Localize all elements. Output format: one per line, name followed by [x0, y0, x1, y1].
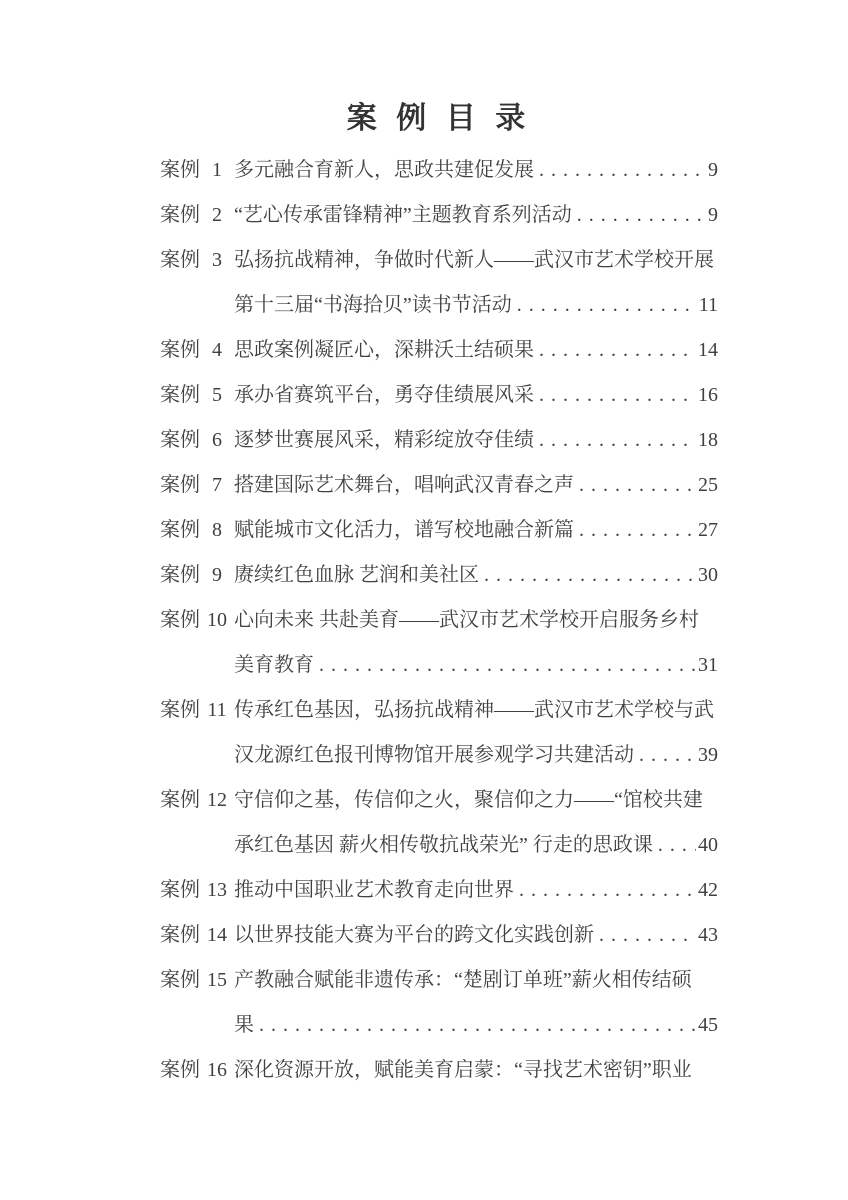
entry-title-text: 逐梦世赛展风采，精彩绽放夺佳绩	[234, 418, 534, 463]
entry-label-prefix: 案例	[160, 598, 200, 643]
entry-number: 7	[200, 463, 234, 508]
entry-number: 11	[200, 688, 234, 733]
entry-label-prefix: 案例	[160, 148, 200, 193]
dot-leader: ........................................…	[572, 193, 706, 238]
entry-label: 案例6	[160, 418, 234, 463]
entry-number: 3	[200, 238, 234, 283]
toc-entry-row: 案例12守信仰之基，传信仰之火，聚信仰之力——“馆校共建	[160, 778, 718, 823]
page-number: 14	[698, 328, 718, 373]
entry-number: 8	[200, 508, 234, 553]
entry-title-text: 以世界技能大赛为平台的跨文化实践创新	[234, 913, 594, 958]
entry-label-prefix: 案例	[160, 463, 200, 508]
dot-leader: ........................................…	[534, 418, 696, 463]
entry-title-text: 承办省赛筑平台，勇夺佳绩展风采	[234, 373, 534, 418]
entry-label-prefix: 案例	[160, 328, 200, 373]
page-number: 16	[698, 373, 718, 418]
toc-entry-row: 案例14以世界技能大赛为平台的跨文化实践创新..................…	[160, 913, 718, 958]
toc-entry-row: 案例2“艺心传承雷锋精神”主题教育系列活动...................…	[160, 193, 718, 238]
toc-entry-row: 案例7搭建国际艺术舞台，唱响武汉青春之声....................…	[160, 463, 718, 508]
entry-title-text: 承红色基因 薪火相传敬抗战荣光” 行走的思政课	[234, 823, 653, 868]
toc-continuation-row: 汉龙源红色报刊博物馆开展参观学习共建活动....................…	[160, 733, 718, 778]
entry-number: 5	[200, 373, 234, 418]
toc-entry-row: 案例16深化资源开放，赋能美育启蒙：“寻找艺术密钥”职业	[160, 1048, 718, 1093]
entry-number: 12	[200, 778, 234, 823]
entry-number: 9	[200, 553, 234, 598]
entry-label: 案例1	[160, 148, 234, 193]
toc-entry-row: 案例6逐梦世赛展风采，精彩绽放夺佳绩......................…	[160, 418, 718, 463]
entry-label: 案例11	[160, 688, 234, 733]
dot-leader: ........................................…	[514, 868, 696, 913]
page-number: 45	[698, 1003, 718, 1048]
toc-entry-row: 案例13推动中国职业艺术教育走向世界......................…	[160, 868, 718, 913]
page-number: 9	[708, 148, 718, 193]
page-number: 39	[698, 733, 718, 778]
entry-title-text: 赋能城市文化活力，谱写校地融合新篇	[234, 508, 574, 553]
dot-leader: ........................................…	[634, 733, 696, 778]
entry-label-prefix: 案例	[160, 238, 200, 283]
entry-title-text: 推动中国职业艺术教育走向世界	[234, 868, 514, 913]
entry-label-prefix: 案例	[160, 868, 200, 913]
page-number: 9	[708, 193, 718, 238]
dot-leader: ........................................…	[479, 553, 696, 598]
entry-number: 13	[200, 868, 234, 913]
entry-title-text: 第十三届“书海拾贝”读书节活动	[234, 283, 512, 328]
entry-label-prefix: 案例	[160, 688, 200, 733]
entry-number: 1	[200, 148, 234, 193]
entry-label: 案例10	[160, 598, 234, 643]
toc-entry-row: 案例9赓续红色血脉 艺润和美社区........................…	[160, 553, 718, 598]
toc-continuation-row: 承红色基因 薪火相传敬抗战荣光” 行走的思政课.................…	[160, 823, 718, 868]
toc-entry-row: 案例1多元融合育新人，思政共建促发展......................…	[160, 148, 718, 193]
entry-label: 案例12	[160, 778, 234, 823]
page-number: 27	[698, 508, 718, 553]
entry-label-prefix: 案例	[160, 418, 200, 463]
entry-title-text: 汉龙源红色报刊博物馆开展参观学习共建活动	[234, 733, 634, 778]
dot-leader: ........................................…	[653, 823, 696, 868]
toc-entry-row: 案例11传承红色基因，弘扬抗战精神——武汉市艺术学校与武	[160, 688, 718, 733]
page-number: 40	[698, 823, 718, 868]
page-number: 18	[698, 418, 718, 463]
page-number: 11	[699, 283, 718, 328]
page-number: 43	[698, 913, 718, 958]
entry-label-prefix: 案例	[160, 193, 200, 238]
dot-leader: ........................................…	[254, 1003, 696, 1048]
entry-label: 案例14	[160, 913, 234, 958]
entry-label: 案例7	[160, 463, 234, 508]
toc-list: 案例1多元融合育新人，思政共建促发展......................…	[160, 148, 718, 1093]
entry-label-prefix: 案例	[160, 958, 200, 1003]
page-number: 42	[698, 868, 718, 913]
toc-entry-row: 案例10心向未来 共赴美育——武汉市艺术学校开启服务乡村	[160, 598, 718, 643]
toc-entry-row: 案例8赋能城市文化活力，谱写校地融合新篇....................…	[160, 508, 718, 553]
toc-entry-row: 案例5承办省赛筑平台，勇夺佳绩展风采......................…	[160, 373, 718, 418]
entry-label: 案例13	[160, 868, 234, 913]
document-page: 案 例 目 录 案例1多元融合育新人，思政共建促发展..............…	[0, 0, 848, 1200]
entry-title-text: 传承红色基因，弘扬抗战精神——武汉市艺术学校与武	[234, 688, 714, 733]
toc-continuation-row: 第十三届“书海拾贝”读书节活动.........................…	[160, 283, 718, 328]
entry-number: 6	[200, 418, 234, 463]
entry-title-text: 搭建国际艺术舞台，唱响武汉青春之声	[234, 463, 574, 508]
entry-label: 案例5	[160, 373, 234, 418]
entry-title-text: 心向未来 共赴美育——武汉市艺术学校开启服务乡村	[234, 598, 699, 643]
toc-entry-row: 案例15产教融合赋能非遗传承：“楚剧订单班”薪火相传结硕	[160, 958, 718, 1003]
dot-leader: ........................................…	[594, 913, 696, 958]
dot-leader: ........................................…	[534, 328, 696, 373]
entry-title-text: 深化资源开放，赋能美育启蒙：“寻找艺术密钥”职业	[234, 1048, 692, 1093]
entry-title-text: 多元融合育新人，思政共建促发展	[234, 148, 534, 193]
entry-title-text: “艺心传承雷锋精神”主题教育系列活动	[234, 193, 572, 238]
toc-continuation-row: 果.......................................…	[160, 1003, 718, 1048]
page-number: 30	[698, 553, 718, 598]
page-number: 25	[698, 463, 718, 508]
dot-leader: ........................................…	[574, 463, 696, 508]
entry-label-prefix: 案例	[160, 913, 200, 958]
dot-leader: ........................................…	[574, 508, 696, 553]
entry-title-text: 赓续红色血脉 艺润和美社区	[234, 553, 479, 598]
entry-number: 4	[200, 328, 234, 373]
entry-number: 15	[200, 958, 234, 1003]
entry-title-text: 美育教育	[234, 643, 314, 688]
entry-label: 案例3	[160, 238, 234, 283]
entry-label-prefix: 案例	[160, 778, 200, 823]
entry-label-prefix: 案例	[160, 1048, 200, 1093]
entry-title-text: 产教融合赋能非遗传承：“楚剧订单班”薪火相传结硕	[234, 958, 692, 1003]
entry-label: 案例4	[160, 328, 234, 373]
entry-number: 14	[200, 913, 234, 958]
entry-label: 案例8	[160, 508, 234, 553]
entry-title-text: 弘扬抗战精神，争做时代新人——武汉市艺术学校开展	[234, 238, 714, 283]
page-title: 案 例 目 录	[160, 0, 718, 141]
dot-leader: ........................................…	[534, 373, 696, 418]
entry-number: 16	[200, 1048, 234, 1093]
entry-label-prefix: 案例	[160, 373, 200, 418]
page-number: 31	[698, 643, 718, 688]
dot-leader: ........................................…	[314, 643, 696, 688]
entry-label-prefix: 案例	[160, 508, 200, 553]
entry-label-prefix: 案例	[160, 553, 200, 598]
entry-label: 案例2	[160, 193, 234, 238]
entry-label: 案例9	[160, 553, 234, 598]
toc-entry-row: 案例4思政案例凝匠心，深耕沃土结硕果......................…	[160, 328, 718, 373]
dot-leader: ........................................…	[512, 283, 697, 328]
entry-number: 10	[200, 598, 234, 643]
toc-entry-row: 案例3弘扬抗战精神，争做时代新人——武汉市艺术学校开展	[160, 238, 718, 283]
dot-leader: ........................................…	[534, 148, 706, 193]
entry-number: 2	[200, 193, 234, 238]
entry-title-text: 果	[234, 1003, 254, 1048]
entry-title-text: 思政案例凝匠心，深耕沃土结硕果	[234, 328, 534, 373]
entry-label: 案例16	[160, 1048, 234, 1093]
entry-title-text: 守信仰之基，传信仰之火，聚信仰之力——“馆校共建	[234, 778, 703, 823]
entry-label: 案例15	[160, 958, 234, 1003]
toc-continuation-row: 美育教育....................................…	[160, 643, 718, 688]
